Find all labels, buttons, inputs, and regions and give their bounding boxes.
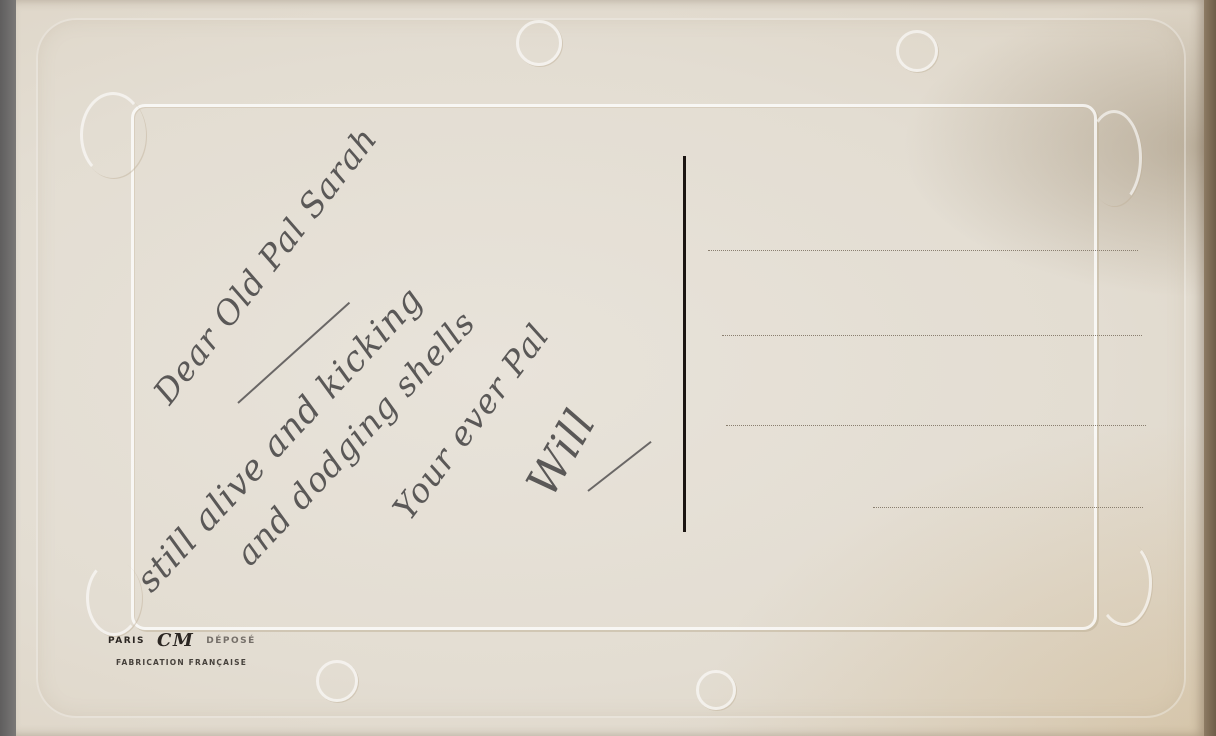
center-divider xyxy=(683,156,686,532)
publisher-mark: DÉPOSÉ xyxy=(206,636,256,646)
address-line xyxy=(873,507,1143,508)
postcard-photo: Dear Old Pal Sarah still alive and kicki… xyxy=(0,0,1216,736)
emboss-flower-icon xyxy=(896,30,938,72)
publisher-imprint: PARIS CM DÉPOSÉ FABRICATION FRANÇAISE xyxy=(108,632,288,667)
publisher-monogram-icon: CM xyxy=(157,632,194,650)
emboss-flower-icon xyxy=(516,20,562,66)
address-line xyxy=(722,335,1142,336)
emboss-swirl-icon xyxy=(80,92,146,178)
address-line xyxy=(708,250,1138,251)
emboss-swirl-icon xyxy=(1086,110,1142,206)
address-line xyxy=(726,425,1146,426)
emboss-flower-icon xyxy=(696,670,736,710)
postcard: Dear Old Pal Sarah still alive and kicki… xyxy=(16,0,1206,736)
publisher-city: PARIS xyxy=(108,636,145,646)
background-surface-right xyxy=(1204,0,1216,736)
background-surface xyxy=(0,0,16,736)
emboss-flower-icon xyxy=(316,660,358,702)
emboss-swirl-icon xyxy=(1096,540,1152,626)
publisher-origin: FABRICATION FRANÇAISE xyxy=(116,658,288,667)
